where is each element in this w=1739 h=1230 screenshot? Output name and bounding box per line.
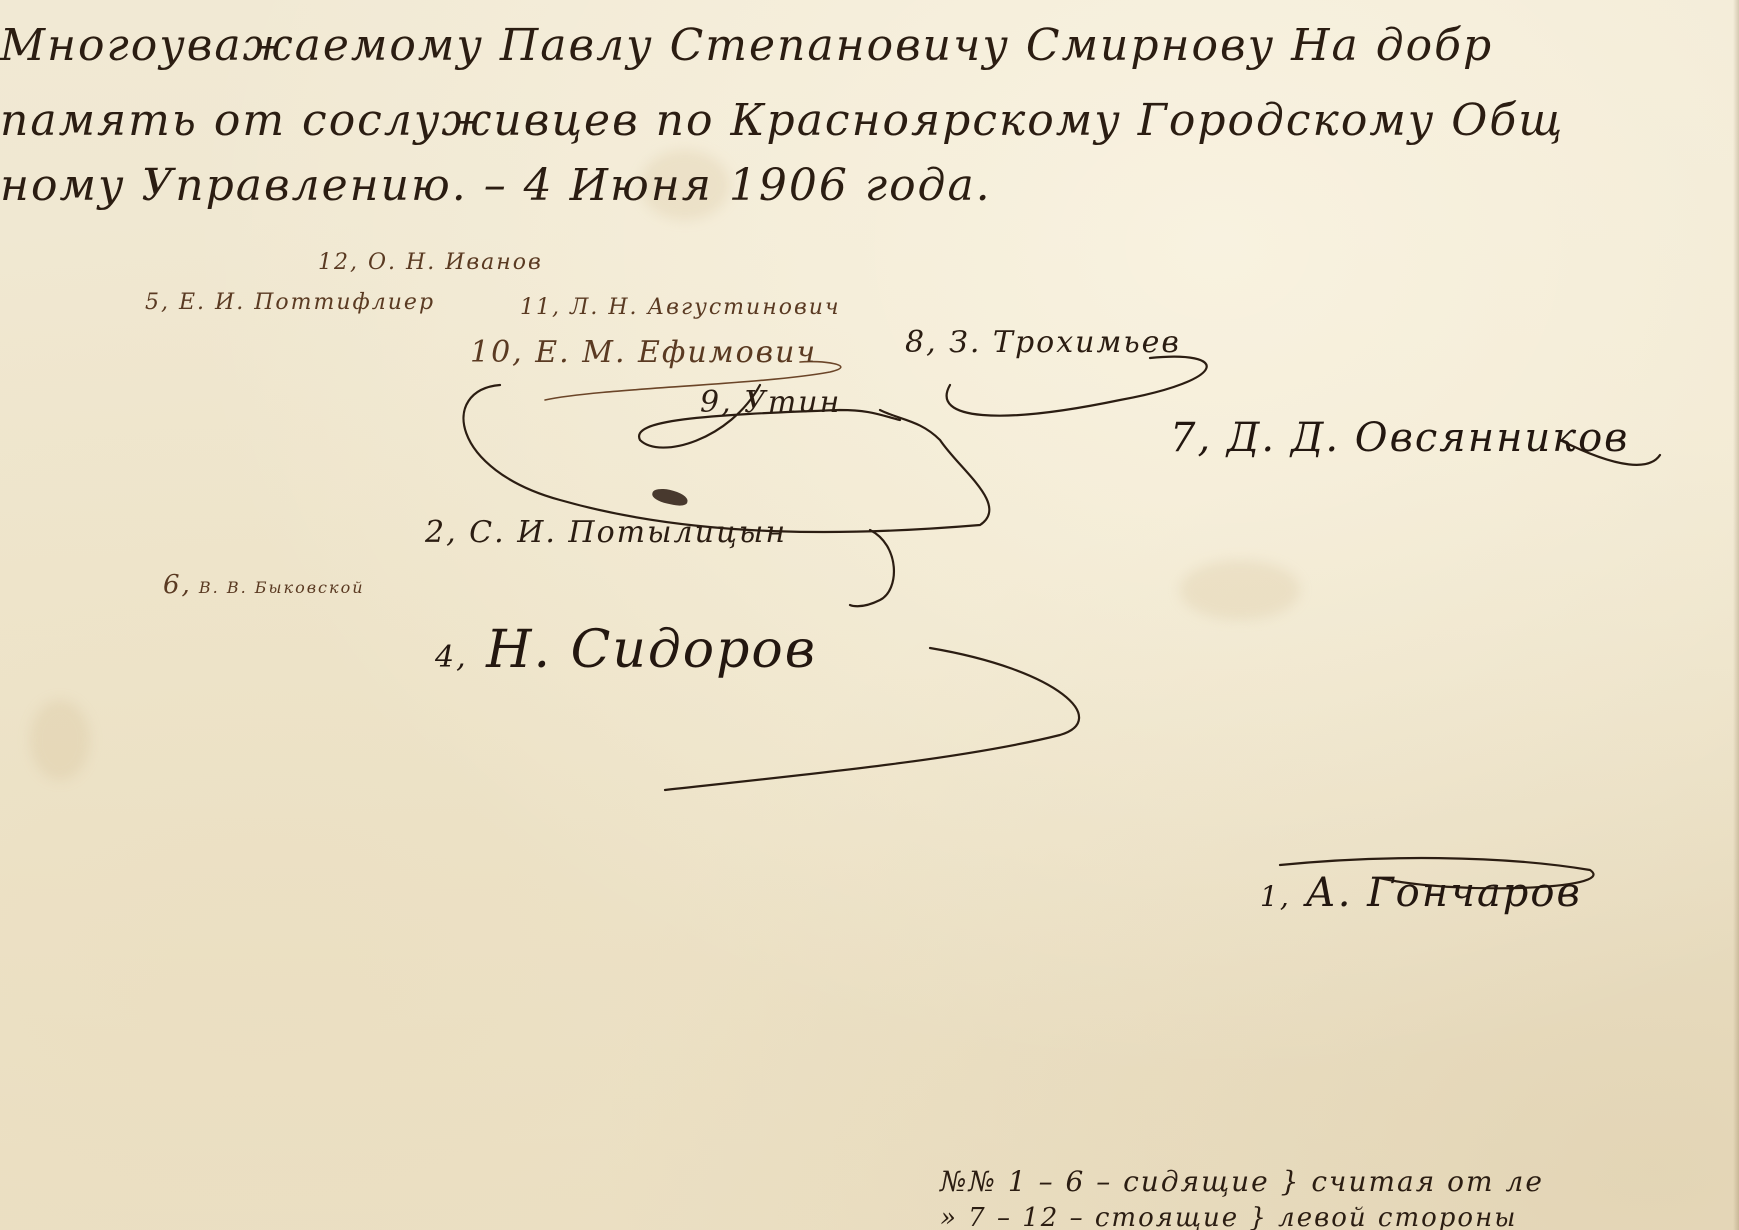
ink-blot	[651, 486, 689, 507]
signature-name: Л. Н. Августинович	[570, 295, 841, 320]
signature-10: 10, Е. М. Ефимович	[470, 335, 817, 370]
signature-6: 6, В. В. Быковской	[163, 570, 365, 600]
signature-number: 8,	[905, 325, 938, 360]
dedication-line-2: память от сослуживцев по Красноярскому Г…	[0, 95, 1564, 146]
signature-4: 4, Н. Сидоров	[435, 620, 817, 680]
signature-name: Е. М. Ефимович	[535, 335, 817, 370]
signature-1: 1, А. Гончаров	[1260, 870, 1582, 916]
signature-number: 2,	[425, 515, 458, 550]
signature-name: Н. Сидоров	[486, 620, 817, 680]
signature-9: 9, Утин	[700, 385, 841, 420]
dedication-line-3: ному Управлению. – 4 Июня 1906 года.	[0, 160, 992, 211]
document-page: Многоуважаемому Павлу Степановичу Смирно…	[0, 0, 1739, 1230]
signature-number: 7,	[1170, 415, 1212, 461]
signature-number: 9,	[700, 385, 733, 420]
signature-name: О. Н. Иванов	[368, 250, 543, 275]
signature-11: 11, Л. Н. Августинович	[520, 295, 841, 320]
footnote-line-1: №№ 1 – 6 – сидящие } считая от ле	[940, 1165, 1544, 1198]
dedication-line-1: Многоуважаемому Павлу Степановичу Смирно…	[0, 20, 1493, 71]
signature-name: Утин	[744, 385, 841, 420]
signature-name: В. В. Быковской	[199, 578, 365, 597]
signature-name: С. И. Потылицын	[469, 515, 787, 550]
signature-2: 2, С. И. Потылицын	[425, 515, 787, 550]
signature-number: 11,	[520, 295, 561, 320]
signature-name: Д. Д. Овсянников	[1227, 415, 1630, 461]
signature-8: 8, З. Трохимьев	[905, 325, 1181, 360]
signature-number: 1,	[1260, 880, 1291, 913]
signature-number: 5,	[145, 290, 170, 315]
signature-name: Е. И. Поттифлиер	[179, 290, 435, 315]
signature-number: 6,	[163, 570, 192, 600]
signature-number: 10,	[470, 335, 524, 370]
signature-12: 12, О. Н. Иванов	[318, 250, 543, 275]
footnote-line-2: » 7 – 12 – стоящие } левой стороны	[940, 1203, 1517, 1230]
signature-7: 7, Д. Д. Овсянников	[1170, 415, 1629, 461]
signature-name: З. Трохимьев	[949, 325, 1181, 360]
paper-stain	[30, 700, 90, 780]
signature-number: 12,	[318, 250, 359, 275]
signature-name: А. Гончаров	[1305, 870, 1581, 916]
signature-5: 5, Е. И. Поттифлиер	[145, 290, 435, 315]
paper-stain	[1180, 560, 1300, 620]
paper-edge	[1733, 0, 1739, 1230]
signature-number: 4,	[435, 640, 468, 675]
